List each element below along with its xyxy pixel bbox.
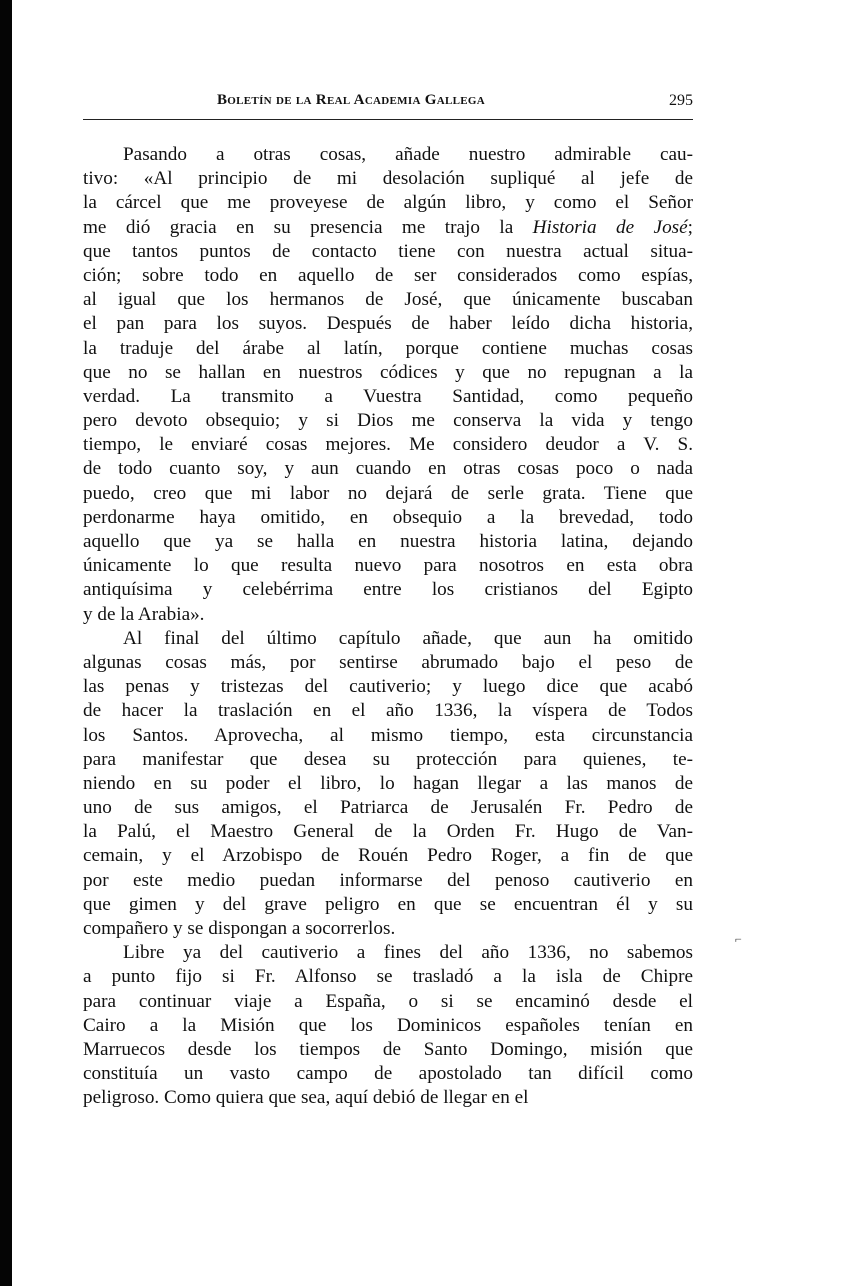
text-line: los Santos. Aprovecha, al mismo tiempo, …	[83, 724, 693, 748]
page-number: 295	[669, 92, 693, 110]
text-line: compañero y se dispongan a socorrerlos.	[83, 917, 693, 941]
journal-title: Boletín de la Real Academia Gallega	[217, 92, 485, 109]
text-line: el pan para los suyos. Después de haber …	[83, 312, 693, 336]
text-line: me dió gracia en su presencia me trajo l…	[83, 216, 693, 240]
text-line: la Palú, el Maestro General de la Orden …	[83, 820, 693, 844]
text-line: verdad. La transmito a Vuestra Santidad,…	[83, 385, 693, 409]
header-rule	[83, 119, 693, 120]
text-line: a punto fijo si Fr. Alfonso se trasladó …	[83, 965, 693, 989]
text-line: para continuar viaje a España, o si se e…	[83, 990, 693, 1014]
text-line: y de la Arabia».	[83, 603, 693, 627]
text-line: por este medio puedan informarse del pen…	[83, 869, 693, 893]
text-line: de todo cuanto soy, y aun cuando en otra…	[83, 457, 693, 481]
text-line: cemain, y el Arzobispo de Rouén Pedro Ro…	[83, 844, 693, 868]
text-line: niendo en su poder el libro, lo hagan ll…	[83, 772, 693, 796]
text-line: para manifestar que desea su protección …	[83, 748, 693, 772]
text-line: Pasando a otras cosas, añade nuestro adm…	[83, 143, 693, 167]
text-line: que tantos puntos de contacto tiene con …	[83, 240, 693, 264]
text-line: ción; sobre todo en aquello de ser consi…	[83, 264, 693, 288]
text-line: al igual que los hermanos de José, que ú…	[83, 288, 693, 312]
text-line: perdonarme haya omitido, en obsequio a l…	[83, 506, 693, 530]
text-line: Al final del último capítulo añade, que …	[83, 627, 693, 651]
text-line: la traduje del árabe al latín, porque co…	[83, 337, 693, 361]
text-line: tiempo, le enviaré cosas mejores. Me con…	[83, 433, 693, 457]
text-line: Cairo a la Misión que los Dominicos espa…	[83, 1014, 693, 1038]
text-line: antiquísima y celebérrima entre los cris…	[83, 578, 693, 602]
paragraph: Pasando a otras cosas, añade nuestro adm…	[83, 143, 693, 627]
text-line: la cárcel que me proveyese de algún libr…	[83, 191, 693, 215]
italic-title: Historia de José	[533, 217, 688, 238]
scan-border	[0, 0, 12, 1286]
text-line: pero devoto obsequio; y si Dios me conse…	[83, 409, 693, 433]
body-text: Pasando a otras cosas, añade nuestro adm…	[83, 143, 693, 1111]
text-line: Marruecos desde los tiempos de Santo Dom…	[83, 1038, 693, 1062]
text-line: uno de sus amigos, el Patriarca de Jerus…	[83, 796, 693, 820]
paragraph: Al final del último capítulo añade, que …	[83, 627, 693, 941]
text-line: las penas y tristezas del cautiverio; y …	[83, 675, 693, 699]
text-line: peligroso. Como quiera que sea, aquí deb…	[83, 1086, 693, 1110]
text-line: Libre ya del cautiverio a fines del año …	[83, 941, 693, 965]
text-line: que no se hallan en nuestros códices y q…	[83, 361, 693, 385]
text-line: aquello que ya se halla en nuestra histo…	[83, 530, 693, 554]
text-line: algunas cosas más, por sentirse abrumado…	[83, 651, 693, 675]
text-line: tivo: «Al principio de mi desolación sup…	[83, 167, 693, 191]
margin-mark: ⌐	[735, 932, 742, 947]
text-line: puedo, creo que mi labor no dejará de se…	[83, 482, 693, 506]
text-line: únicamente lo que resulta nuevo para nos…	[83, 554, 693, 578]
paragraph: Libre ya del cautiverio a fines del año …	[83, 941, 693, 1110]
running-header: Boletín de la Real Academia Gallega 295	[83, 92, 693, 116]
text-line: que gimen y del grave peligro en que se …	[83, 893, 693, 917]
text-line: constituía un vasto campo de apostolado …	[83, 1062, 693, 1086]
text-line: de hacer la traslación en el año 1336, l…	[83, 699, 693, 723]
